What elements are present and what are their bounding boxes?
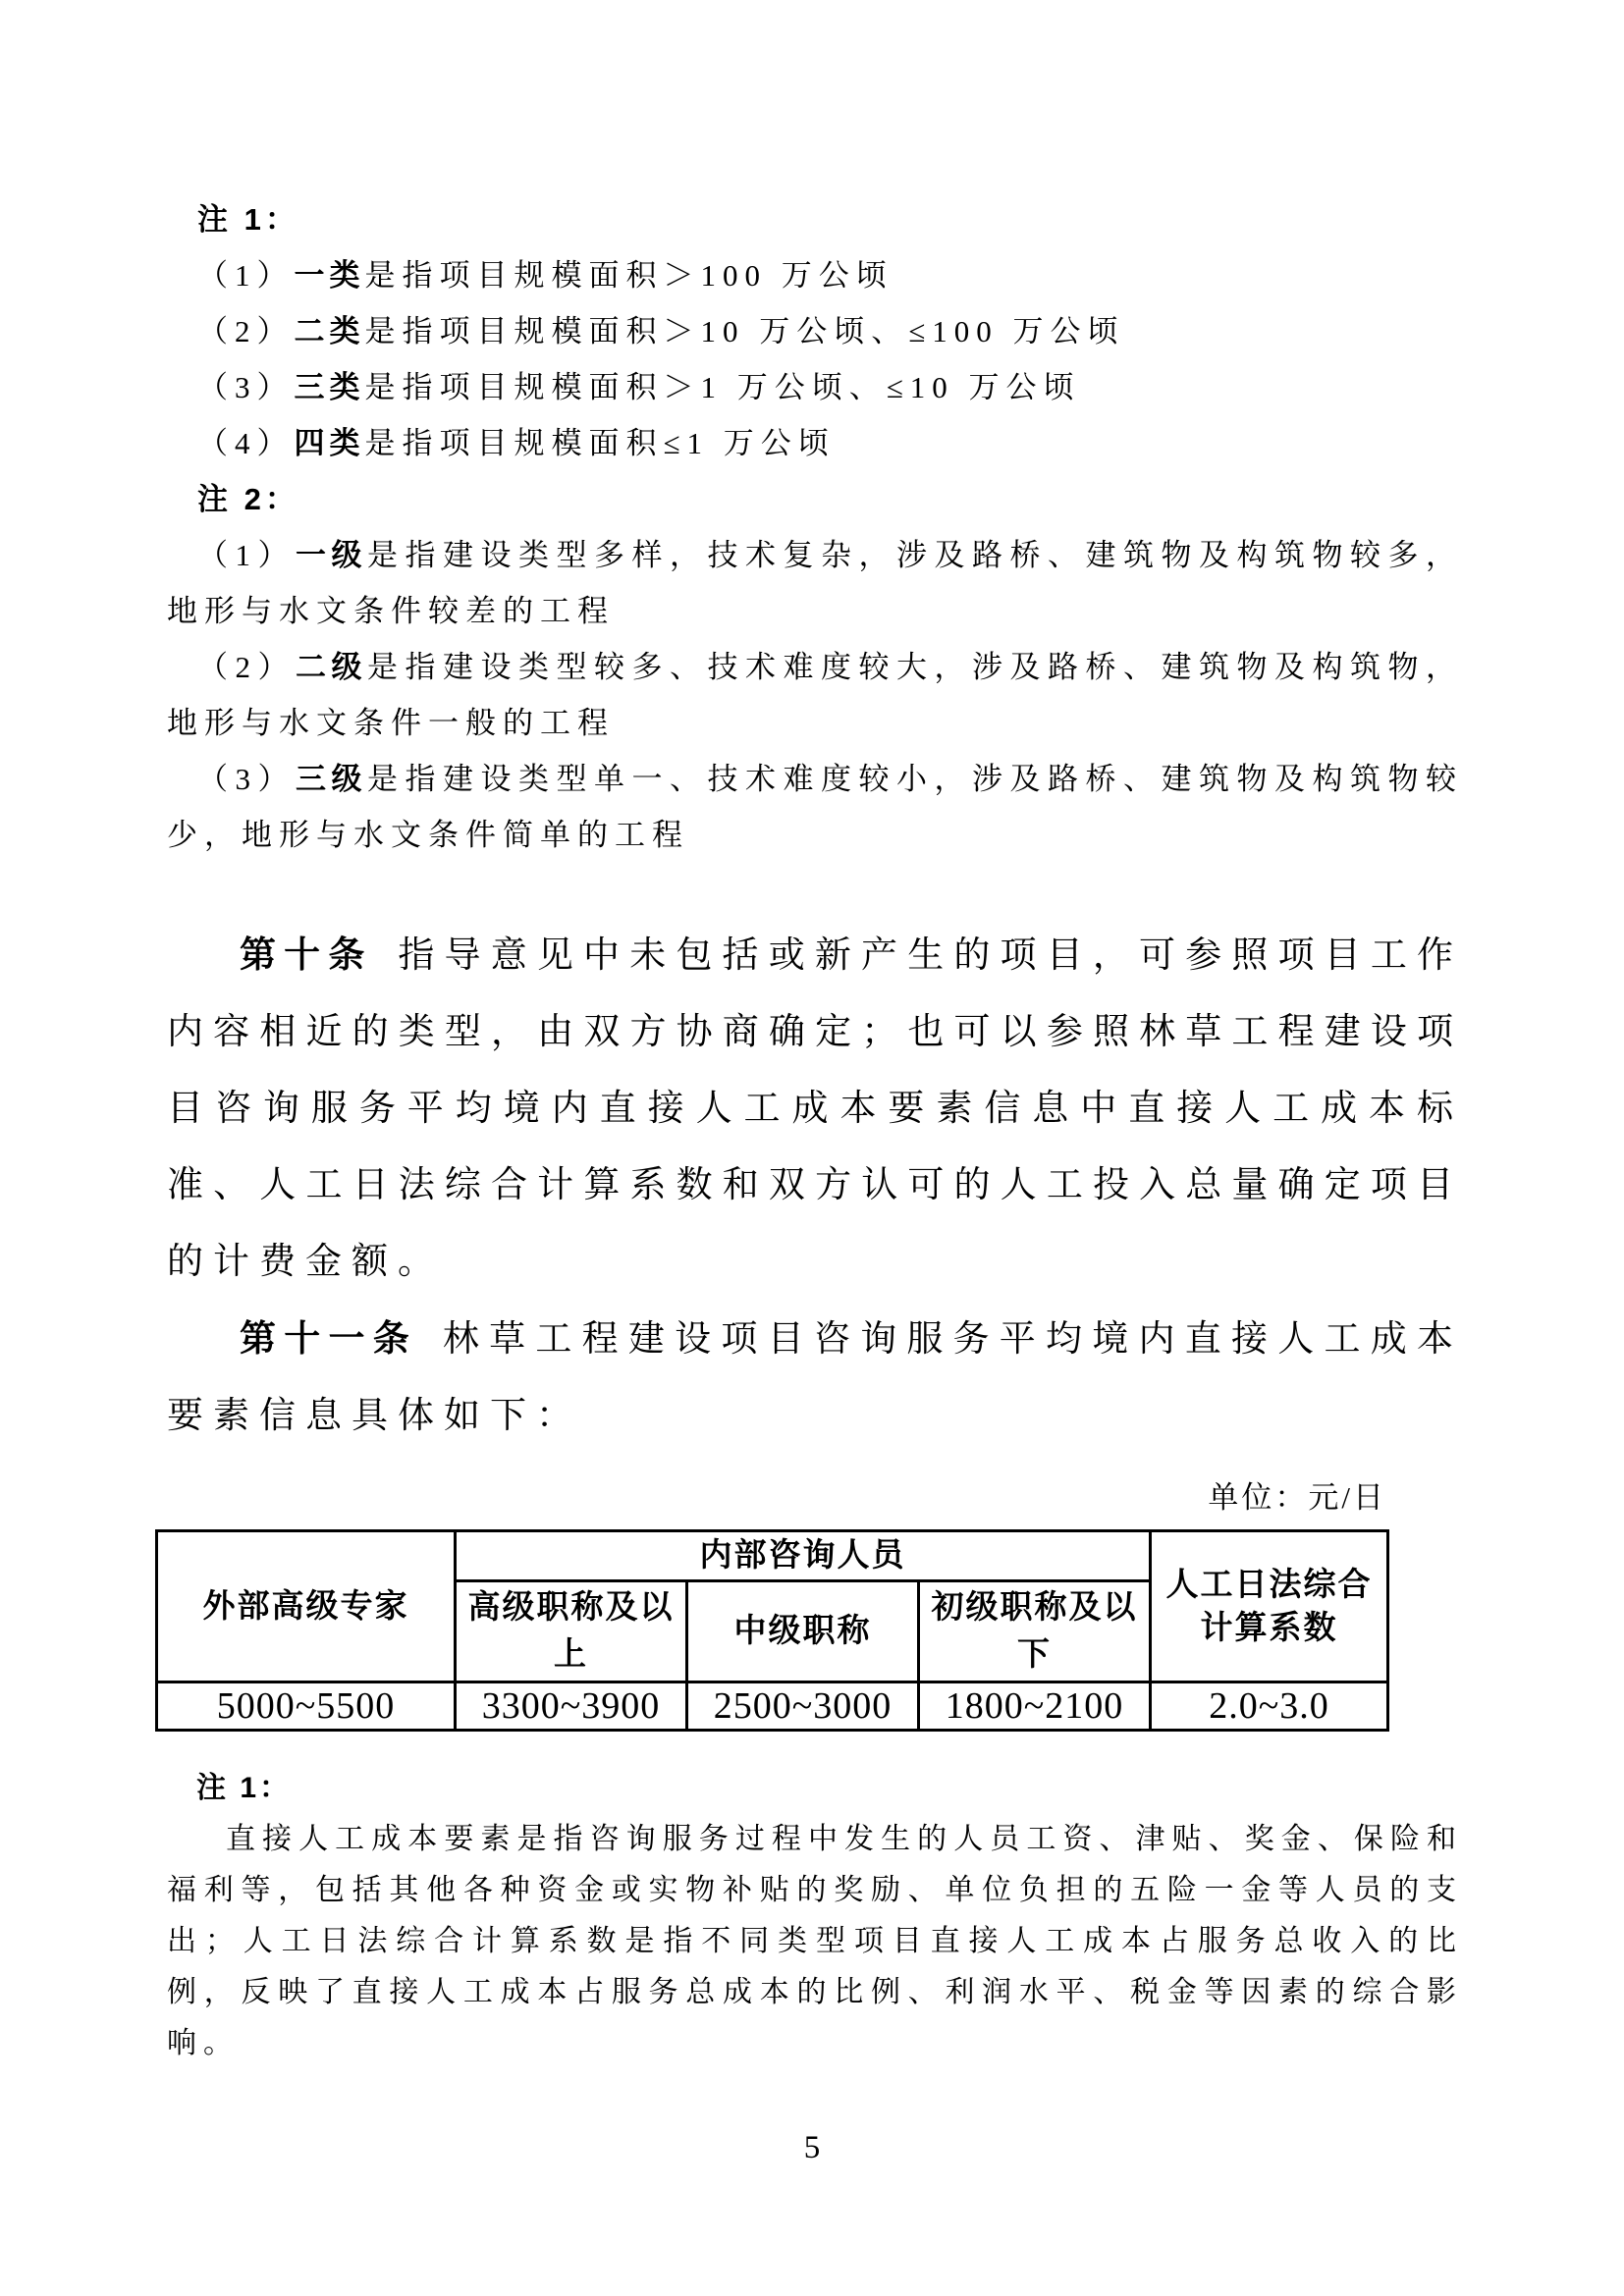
value-coefficient: 2.0~3.0 — [1151, 1682, 1388, 1731]
item-text: 是指项目规模面积＞10 万公顷、≤100 万公顷 — [365, 314, 1125, 348]
document-page: 注 1： （1）一类是指项目规模面积＞100 万公顷 （2）二类是指项目规模面积… — [0, 0, 1624, 2296]
item-number: （3） — [197, 762, 296, 796]
cost-table-section: 单位：元/日 外部高级专家 内部咨询人员 人工日法综合计算系数 高级职称及以上 … — [155, 1476, 1386, 1732]
header-mid-title: 中级职称 — [687, 1581, 919, 1682]
note2-item-2: （2）二级是指建设类型较多、技术难度较大，涉及路桥、建筑物及构筑物，地形与水文条… — [167, 639, 1463, 751]
item-term: 一类 — [295, 258, 365, 293]
item-term: 二类 — [295, 314, 365, 348]
item-number: （1） — [197, 538, 296, 572]
item-number: （4） — [197, 426, 295, 460]
item-text: 是指项目规模面积＞100 万公顷 — [365, 258, 893, 293]
note-block-3: 注 1： 直接人工成本要素是指咨询服务过程中发生的人员工资、津贴、奖金、保险和福… — [167, 1763, 1463, 2069]
article-10-title: 第十条 — [240, 934, 373, 975]
cost-table: 外部高级专家 内部咨询人员 人工日法综合计算系数 高级职称及以上 中级职称 初级… — [155, 1529, 1389, 1732]
header-internal-consultants: 内部咨询人员 — [456, 1531, 1151, 1581]
value-junior-title: 1800~2100 — [919, 1682, 1151, 1731]
value-external-expert: 5000~5500 — [157, 1682, 456, 1731]
note1-label: 注 1： — [167, 191, 1463, 247]
header-labor-day-coefficient: 人工日法综合计算系数 — [1151, 1531, 1388, 1682]
footnote-label: 注 1： — [167, 1763, 1463, 1814]
note1-item-4: （4）四类是指项目规模面积≤1 万公顷 — [167, 415, 1463, 471]
item-text: 是指项目规模面积＞1 万公顷、≤10 万公顷 — [365, 370, 1081, 404]
item-number: （2） — [197, 314, 295, 348]
unit-label: 单位：元/日 — [155, 1476, 1386, 1520]
item-number: （1） — [197, 258, 295, 293]
note1-item-3: （3）三类是指项目规模面积＞1 万公顷、≤10 万公顷 — [167, 359, 1463, 415]
header-external-expert: 外部高级专家 — [157, 1531, 456, 1682]
article-10-body: 指导意见中未包括或新产生的项目，可参照项目工作内容相近的类型，由双方协商确定；也… — [167, 935, 1463, 1282]
table-data-row: 5000~5500 3300~3900 2500~3000 1800~2100 … — [157, 1682, 1388, 1731]
item-number: （3） — [197, 370, 295, 404]
note2-item-1: （1）一级是指建设类型多样，技术复杂，涉及路桥、建筑物及构筑物较多，地形与水文条… — [167, 527, 1463, 639]
header-senior-title: 高级职称及以上 — [456, 1581, 687, 1682]
item-term: 四类 — [295, 426, 365, 460]
item-term: 一级 — [296, 538, 367, 572]
footnote-body: 直接人工成本要素是指咨询服务过程中发生的人员工资、津贴、奖金、保险和福利等，包括… — [167, 1814, 1463, 2069]
item-term: 二级 — [296, 650, 367, 684]
note-block-1: 注 1： （1）一类是指项目规模面积＞100 万公顷 （2）二类是指项目规模面积… — [167, 191, 1463, 471]
item-text: 是指项目规模面积≤1 万公顷 — [365, 426, 836, 460]
article-10: 第十条指导意见中未包括或新产生的项目，可参照项目工作内容相近的类型，由双方协商确… — [167, 917, 1463, 1301]
note2-label: 注 2： — [167, 471, 1463, 527]
table-header-row-1: 外部高级专家 内部咨询人员 人工日法综合计算系数 — [157, 1531, 1388, 1581]
value-mid-title: 2500~3000 — [687, 1682, 919, 1731]
item-term: 三级 — [296, 762, 367, 796]
page-number: 5 — [0, 2130, 1624, 2166]
note-block-2: 注 2： （1）一级是指建设类型多样，技术复杂，涉及路桥、建筑物及构筑物较多，地… — [167, 471, 1463, 863]
note1-item-1: （1）一类是指项目规模面积＞100 万公顷 — [167, 247, 1463, 303]
note1-item-2: （2）二类是指项目规模面积＞10 万公顷、≤100 万公顷 — [167, 303, 1463, 359]
note2-item-3: （3）三级是指建设类型单一、技术难度较小，涉及路桥、建筑物及构筑物较少，地形与水… — [167, 751, 1463, 863]
article-11: 第十一条林草工程建设项目咨询服务平均境内直接人工成本要素信息具体如下： — [167, 1301, 1463, 1455]
article-11-title: 第十一条 — [240, 1318, 417, 1359]
header-junior-title: 初级职称及以下 — [919, 1581, 1151, 1682]
item-number: （2） — [197, 650, 296, 684]
value-senior-title: 3300~3900 — [456, 1682, 687, 1731]
item-term: 三类 — [295, 370, 365, 404]
